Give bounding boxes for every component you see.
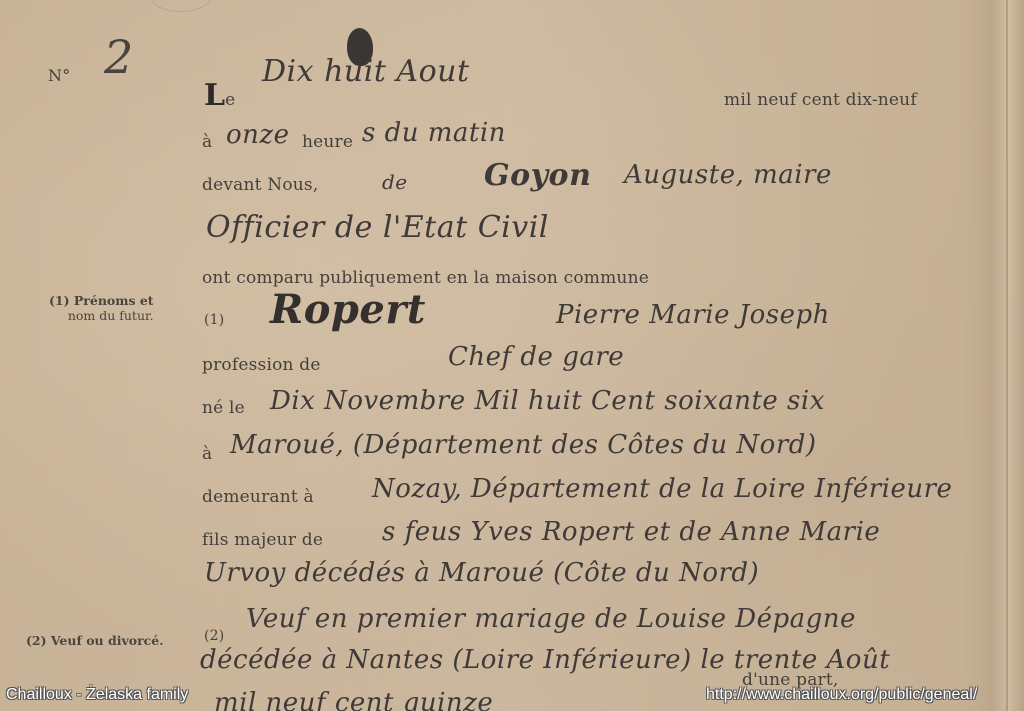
handwritten-bottom-line: mil neuf cent quinze	[214, 688, 493, 711]
watermark-family: Chailloux - Żelaska family	[6, 686, 188, 704]
handwritten-mayor-name: Goyon	[484, 158, 591, 193]
printed-fils: fils majeur de	[202, 530, 323, 550]
printed-year: mil neuf cent dix-neuf	[724, 90, 917, 110]
handwritten-parents-2: Urvoy décédés à Maroué (Côte du Nord)	[204, 558, 759, 588]
handwritten-groom-given: Pierre Marie Joseph	[556, 300, 830, 330]
printed-ne-le: né le	[202, 398, 245, 418]
mark-1: (1)	[204, 312, 224, 328]
handwritten-birth-date: Dix Novembre Mil huit Cent soixante six	[270, 386, 825, 416]
page-fold	[1006, 0, 1008, 711]
handwritten-hour-suffix: s du matin	[362, 118, 506, 148]
handwritten-hour: onze	[226, 120, 289, 150]
handwritten-groom-surname: Ropert	[270, 286, 426, 333]
printed-le: LLee	[204, 78, 235, 113]
printed-a: à	[202, 132, 212, 152]
paper-stain	[150, 0, 212, 12]
printed-profession: profession de	[202, 355, 321, 375]
printed-comparu: ont comparu publiquement en la maison co…	[202, 268, 649, 288]
record-number: 2	[104, 30, 134, 84]
margin-note-1: (1) Prénoms et nom du futur.	[26, 293, 154, 323]
handwritten-residence: Nozay, Département de la Loire Inférieur…	[372, 474, 952, 504]
watermark-url: http://www.chailloux.org/public/geneal/	[706, 686, 977, 704]
handwritten-birth-place: Maroué, (Département des Côtes du Nord)	[230, 430, 817, 460]
printed-a-lieu: à	[202, 444, 212, 464]
handwritten-mayor-firstname: Auguste, maire	[624, 160, 832, 190]
handwritten-officer: Officier de l'Etat Civil	[206, 210, 549, 245]
handwritten-widower-1: Veuf en premier mariage de Louise Dépagn…	[246, 604, 856, 634]
printed-heure: heure	[302, 132, 353, 152]
handwritten-date: Dix huit Aout	[262, 54, 470, 89]
printed-devant: devant Nous,	[202, 175, 318, 195]
margin-note-2: (2) Veuf ou divorcé.	[26, 633, 164, 648]
handwritten-parents-1: s feus Yves Ropert et de Anne Marie	[382, 517, 880, 547]
handwritten-mayor-prefix: de	[382, 170, 408, 194]
record-number-label: N°	[48, 66, 70, 85]
handwritten-profession: Chef de gare	[448, 342, 624, 372]
printed-demeurant: demeurant à	[202, 487, 314, 507]
mark-2: (2)	[204, 628, 224, 644]
